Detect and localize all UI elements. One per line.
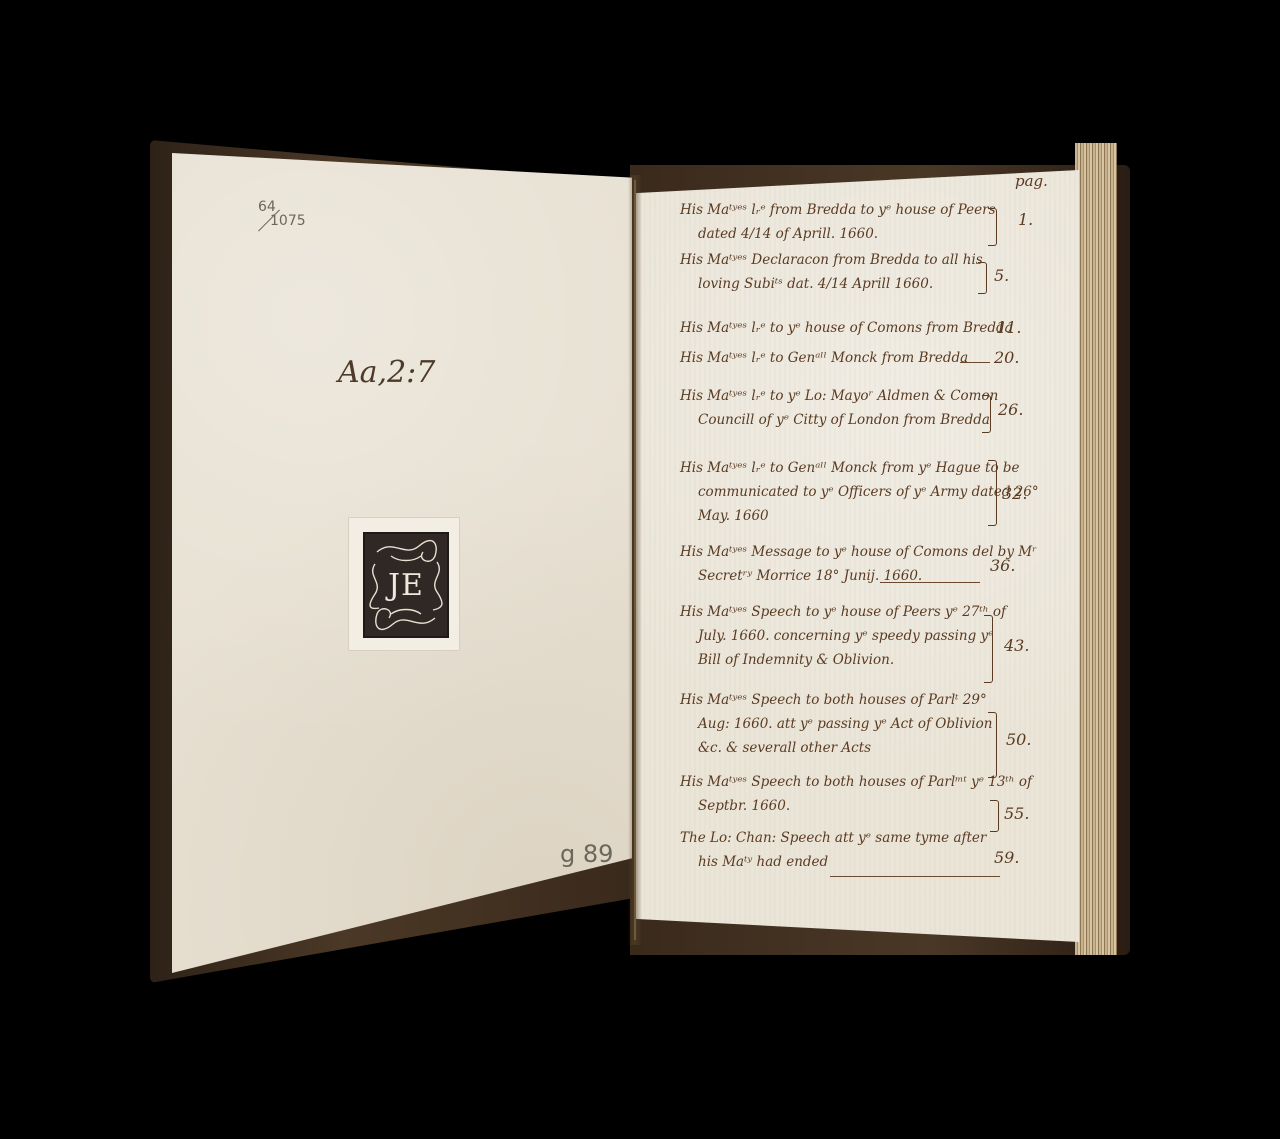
open-book: 64 1075 Aa,2:7 JE g 89 pag. His Maᵗʸᵉˢ l…: [0, 0, 1280, 1139]
entry-line: His Maᵗʸᵉˢ Declaracon from Bredda to all…: [680, 248, 983, 272]
entry-line: His Maᵗʸᵉˢ Speech to both houses of Parl…: [680, 688, 992, 712]
index-entry: His Maᵗʸᵉˢ Message to yᵉ house of Comons…: [680, 540, 1037, 588]
entry-line: May. 1660: [680, 504, 1039, 528]
brace: [988, 208, 997, 246]
entry-line: His Maᵗʸᵉˢ lᵣᵉ to Genᵃˡˡ Monck from yᵉ H…: [680, 456, 1039, 480]
page-reference: 1.: [1018, 210, 1033, 229]
entry-line: His Maᵗʸᵉˢ Speech to yᵉ house of Peers y…: [680, 600, 1006, 624]
pencil-number: g 89: [560, 840, 613, 868]
page-reference: 36.: [990, 556, 1015, 575]
entry-line: His Maᵗʸᵉˢ Speech to both houses of Parl…: [680, 770, 1032, 794]
page-reference: 50.: [1006, 730, 1031, 749]
index-entry: His Maᵗʸᵉˢ Speech to yᵉ house of Peers y…: [680, 600, 1006, 672]
entry-line: July. 1660. concerning yᵉ speedy passing…: [680, 624, 1006, 648]
bookplate-monogram-panel: JE: [363, 532, 449, 638]
page-reference: 5.: [994, 266, 1009, 285]
page-reference: 32.: [1002, 484, 1027, 503]
leader-line: [830, 876, 1000, 877]
entry-line: His Maᵗʸᵉˢ lᵣᵉ to Genᵃˡˡ Monck from Bred…: [680, 346, 968, 370]
index-entry: His Maᵗʸᵉˢ lᵣᵉ to yᵉ Lo: Mayoʳ Aldmen & …: [680, 384, 998, 432]
entry-line: communicated to yᵉ Officers of yᵉ Army d…: [680, 480, 1039, 504]
shelfmark-denominator: 1075: [270, 214, 306, 228]
brace: [984, 615, 993, 683]
leader-line: [880, 582, 980, 583]
entry-line: dated 4/14 of Aprill. 1660.: [680, 222, 996, 246]
entry-line: Bill of Indemnity & Oblivion.: [680, 648, 1006, 672]
entry-line: Aug: 1660. att yᵉ passing yᵉ Act of Obli…: [680, 712, 992, 736]
entry-line: loving Subiᵗˢ dat. 4/14 Aprill 1660.: [680, 272, 983, 296]
entry-line: &c. & severall other Acts: [680, 736, 992, 760]
binding-thread: [634, 180, 636, 940]
bookplate: JE: [348, 517, 460, 651]
page-reference: 20.: [994, 348, 1019, 367]
page-column-heading: pag.: [1015, 172, 1048, 190]
call-number: Aa,2:7: [338, 355, 435, 390]
index-entry: His Maᵗʸᵉˢ Speech to both houses of Parl…: [680, 770, 1032, 818]
index-entry: His Maᵗʸᵉˢ lᵣᵉ to yᵉ house of Comons fro…: [680, 316, 1013, 340]
entry-line: Septbr. 1660.: [680, 794, 1032, 818]
entry-line: His Maᵗʸᵉˢ lᵣᵉ from Bredda to yᵉ house o…: [680, 198, 996, 222]
leader-line: [960, 362, 990, 363]
index-entry: His Maᵗʸᵉˢ Speech to both houses of Parl…: [680, 688, 992, 760]
index-entry: His Maᵗʸᵉˢ lᵣᵉ to Genᵃˡˡ Monck from yᵉ H…: [680, 456, 1039, 528]
page-reference: 11.: [996, 318, 1021, 337]
entry-line: The Lo: Chan: Speech att yᵉ same tyme af…: [680, 826, 986, 850]
page-edges: [1075, 143, 1117, 955]
entry-line: His Maᵗʸᵉˢ lᵣᵉ to yᵉ house of Comons fro…: [680, 316, 1013, 340]
entry-line: Councill of yᵉ Citty of London from Bred…: [680, 408, 998, 432]
shelfmark-numerator: 64: [258, 200, 306, 214]
page-reference: 26.: [998, 400, 1023, 419]
brace: [988, 460, 997, 526]
page-reference: 59.: [994, 848, 1019, 867]
index-entry: His Maᵗʸᵉˢ lᵣᵉ from Bredda to yᵉ house o…: [680, 198, 996, 246]
monogram-text: JE: [388, 568, 424, 603]
shelfmark-fraction: 64 1075: [258, 200, 306, 228]
brace: [988, 712, 997, 778]
page-reference: 55.: [1004, 804, 1029, 823]
brace: [982, 395, 991, 433]
index-entry: His Maᵗʸᵉˢ lᵣᵉ to Genᵃˡˡ Monck from Bred…: [680, 346, 968, 370]
entry-line: His Maᵗʸᵉˢ lᵣᵉ to yᵉ Lo: Mayoʳ Aldmen & …: [680, 384, 998, 408]
brace: [978, 262, 987, 294]
page-reference: 43.: [1004, 636, 1029, 655]
entry-line: His Maᵗʸᵉˢ Message to yᵉ house of Comons…: [680, 540, 1037, 564]
entry-line: Secretʳʸ Morrice 18° Junij. 1660.: [680, 564, 1037, 588]
index-entry: The Lo: Chan: Speech att yᵉ same tyme af…: [680, 826, 986, 874]
brace: [990, 800, 999, 832]
entry-line: his Maᵗʸ had ended: [680, 850, 986, 874]
index-entry: His Maᵗʸᵉˢ Declaracon from Bredda to all…: [680, 248, 983, 296]
